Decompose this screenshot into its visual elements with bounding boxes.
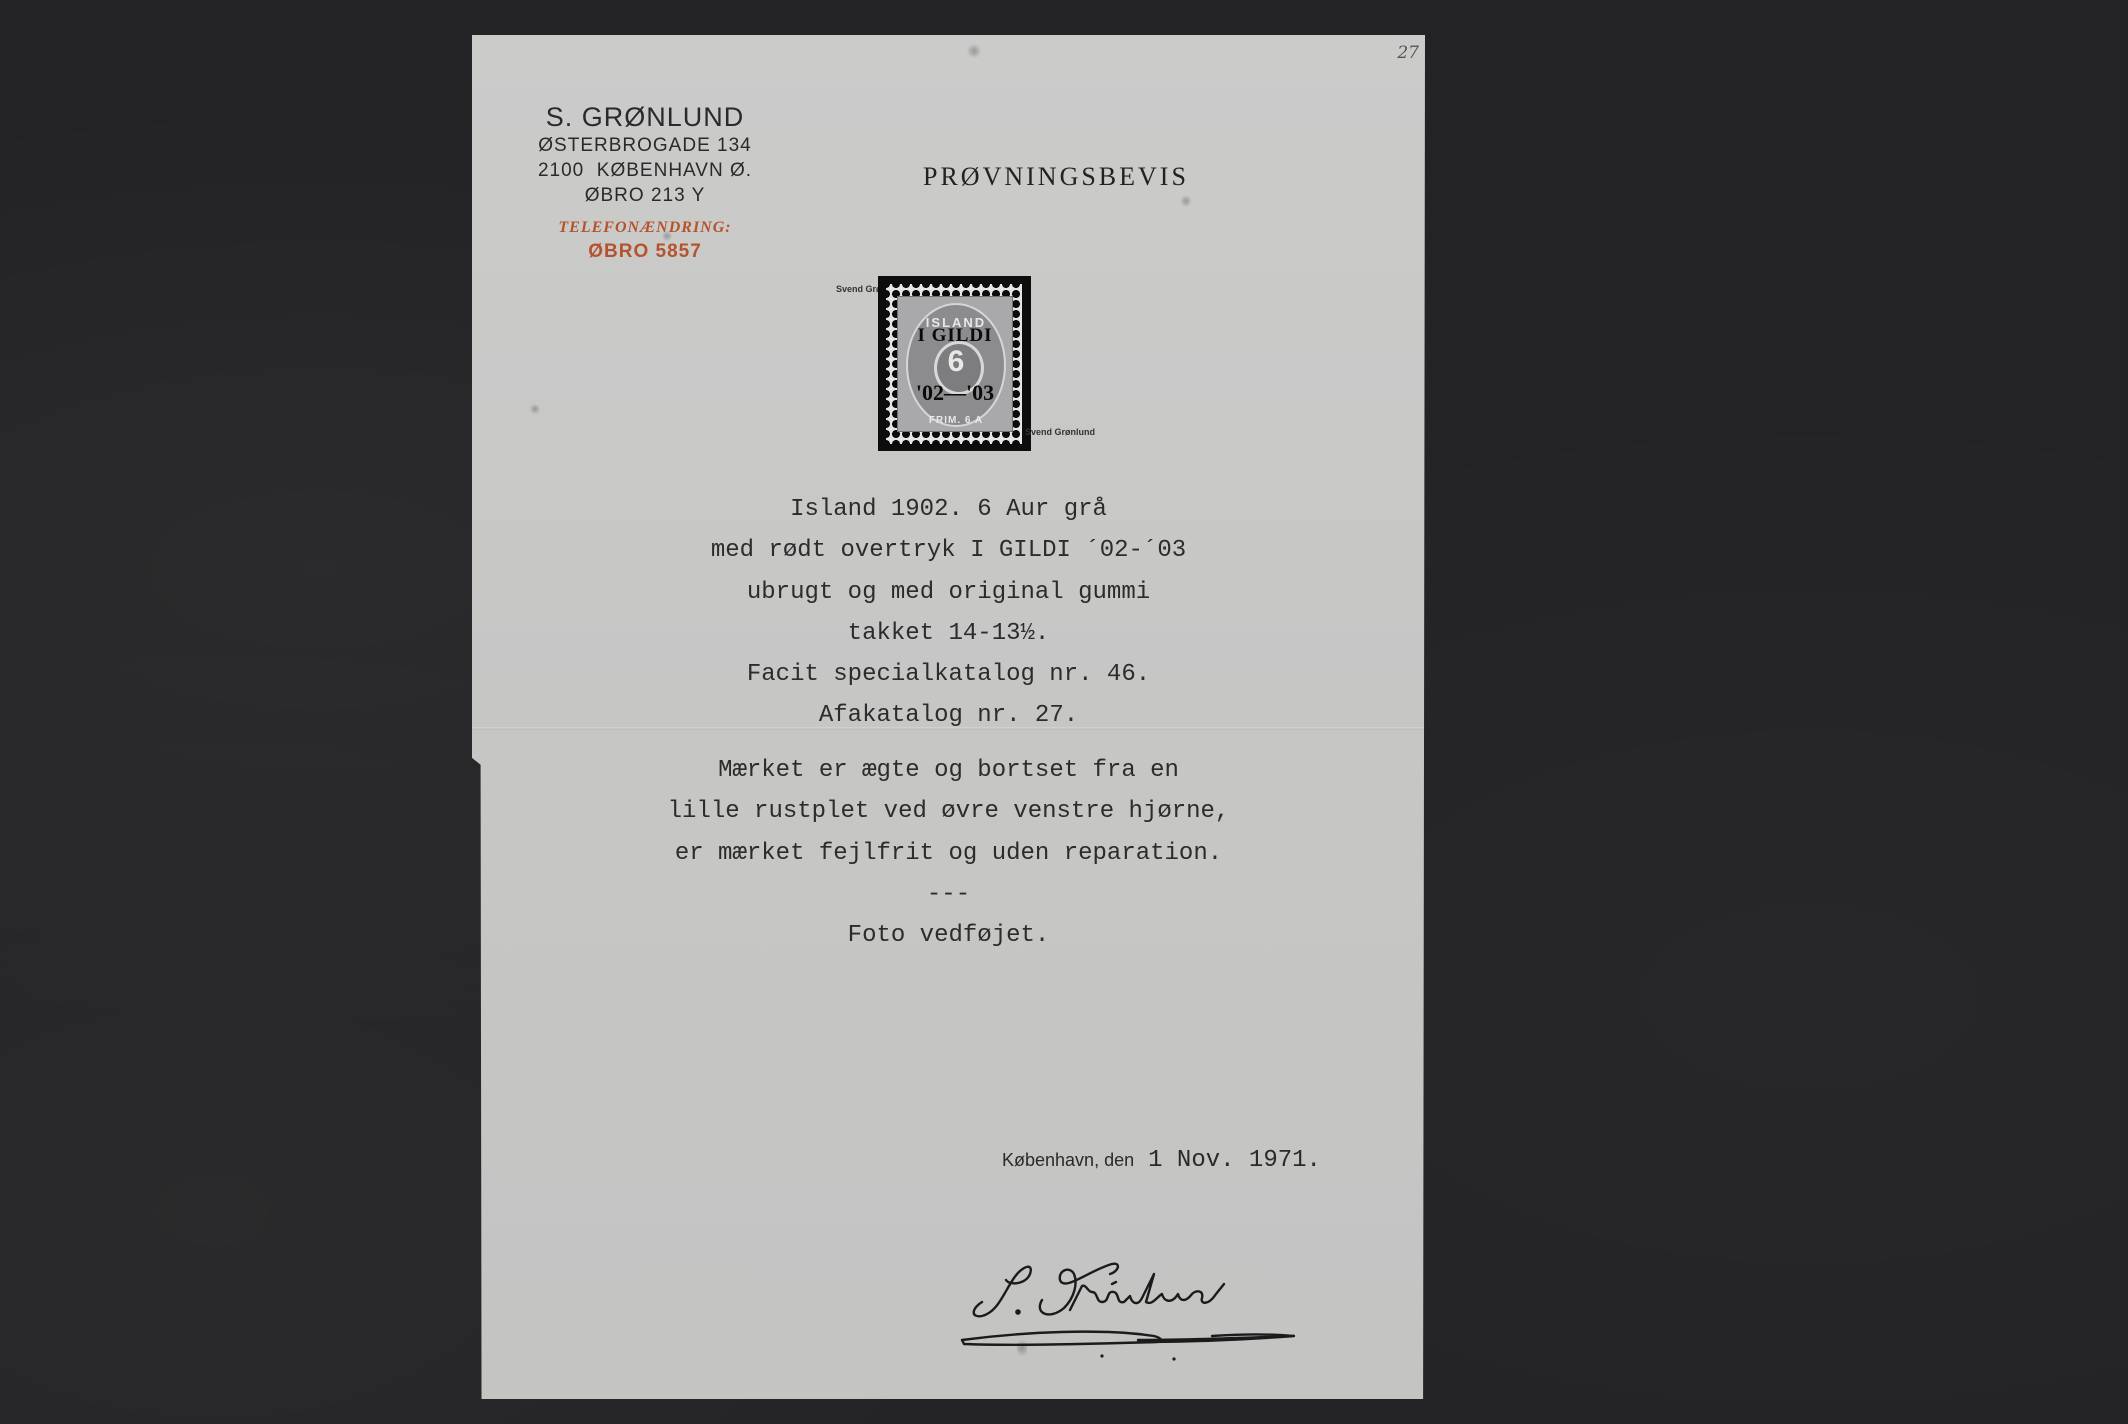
description-line: ubrugt og med original gummi [472, 572, 1425, 613]
document-title: PRØVNINGSBEVIS [923, 162, 1189, 192]
letterhead: S. GRØNLUND ØSTERBROGADE 134 2100 KØBENH… [532, 101, 758, 265]
letterhead-phone: ØBRO 213 Y [532, 183, 758, 208]
stamp-design: ISLAND 6 FRIM. 6 A I GILDI '02—'03 [897, 296, 1013, 432]
letterhead-city: 2100 KØBENHAVN Ø. [532, 158, 758, 183]
description-line: Facit specialkatalog nr. 46. [472, 654, 1425, 695]
paper-spot [1180, 195, 1192, 207]
phone-change-label: TELEFONÆNDRING: [532, 217, 758, 239]
paper-spot [530, 403, 540, 415]
description-line: med rødt overtryk I GILDI ´02-´03 [472, 530, 1425, 571]
stamp-caption-bottom: Svend Grønlund [1025, 427, 1095, 437]
place-and-date: København, den1 Nov. 1971. [1002, 1147, 1321, 1174]
separator: --- [472, 874, 1425, 915]
page-number: 27 [1397, 43, 1419, 63]
signature [942, 1240, 1342, 1370]
description-line: takket 14-13½. [472, 613, 1425, 654]
stamp-value: 6 [908, 345, 1004, 379]
stamp-photo: ISLAND 6 FRIM. 6 A I GILDI '02—'03 [878, 276, 1031, 451]
overprint-line-2: '02—'03 [898, 380, 1012, 406]
date-value: 1 Nov. 1971. [1148, 1147, 1321, 1174]
stamp-bottom-text: FRIM. 6 A [908, 415, 1004, 426]
place-label: København, den [1002, 1150, 1134, 1170]
stamp-oval: ISLAND 6 FRIM. 6 A [906, 303, 1006, 427]
certificate-paper: 27 S. GRØNLUND ØSTERBROGADE 134 2100 KØB… [472, 35, 1425, 1399]
statement-line: Foto vedføjet. [472, 915, 1425, 956]
statement-line: Mærket er ægte og bortset fra en [472, 750, 1425, 791]
statement-line: lille rustplet ved øvre venstre hjørne, [472, 791, 1425, 832]
statement-line: er mærket fejlfrit og uden reparation. [472, 833, 1425, 874]
letterhead-street: ØSTERBROGADE 134 [532, 133, 758, 158]
description-line: Afakatalog nr. 27. [472, 695, 1425, 736]
stamp-description: Island 1902. 6 Aur grå med rødt overtryk… [472, 489, 1425, 737]
description-line: Island 1902. 6 Aur grå [472, 489, 1425, 530]
paper-spot [967, 43, 981, 59]
new-phone-number: ØBRO 5857 [532, 239, 758, 265]
letterhead-name: S. GRØNLUND [532, 101, 758, 133]
certification-statement: Mærket er ægte og bortset fra en lille r… [472, 750, 1425, 956]
overprint-line-1: I GILDI [898, 325, 1012, 347]
